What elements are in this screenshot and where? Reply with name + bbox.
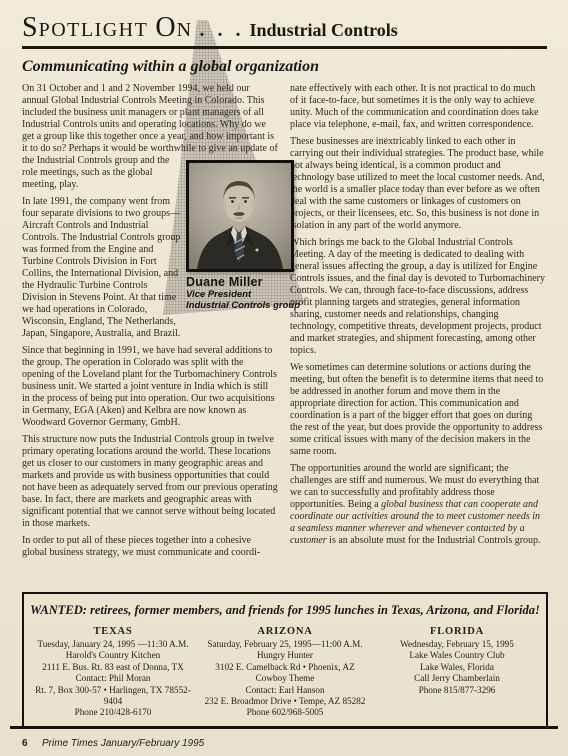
wanted-line: Cowboy Theme — [199, 673, 371, 684]
page-number: 6 — [22, 738, 28, 749]
portrait-caption-group: Industrial Controls group — [186, 300, 300, 311]
wanted-line: 2111 E. Bus. Rt. 83 east of Donna, TX — [27, 662, 199, 673]
wanted-event-arizona: ARIZONA Saturday, February 25, 1995—11:0… — [199, 626, 371, 719]
paragraph-text: is an absolute must for the Industrial C… — [329, 535, 540, 546]
paragraph: Which brings me back to the Global Indus… — [290, 237, 546, 357]
portrait-caption: Duane Miller Vice President Industrial C… — [186, 275, 300, 311]
publication-name: Prime Times January/February 1995 — [42, 738, 204, 749]
masthead-n: N — [177, 19, 193, 41]
newsletter-page: SPOTLIGHTON. . .Industrial Controls Comm… — [0, 0, 568, 756]
page-footer: 6 Prime Times January/February 1995 — [10, 726, 558, 751]
wanted-event-texas: TEXAS Tuesday, January 24, 1995 —11:30 A… — [27, 626, 199, 719]
wanted-line: Phone 210/428-6170 — [27, 707, 199, 718]
wanted-announcement-box: WANTED: retirees, former members, and fr… — [22, 592, 548, 728]
wanted-state-header: ARIZONA — [199, 626, 371, 637]
wanted-line: Contact: Phil Moran — [27, 673, 199, 684]
wanted-line: Harold's Country Kitchen — [27, 650, 199, 661]
paragraph: These businesses are inextricably linked… — [290, 136, 546, 232]
wanted-line: Call Jerry Chamberlain — [371, 673, 543, 684]
masthead-initial-o: O — [155, 12, 176, 43]
wanted-state-header: FLORIDA — [371, 626, 543, 637]
masthead-topic: Industrial Controls — [250, 20, 398, 40]
wanted-line: 3102 E. Camelback Rd • Phoenix, AZ — [199, 662, 371, 673]
masthead-ellipsis: . . . — [200, 19, 245, 41]
paragraph: nate effectively with each other. It is … — [290, 83, 546, 131]
masthead-initial-s: S — [22, 12, 39, 43]
wanted-line: Rt. 7, Box 300-57 • Harlingen, TX 78552-… — [27, 685, 199, 708]
wanted-headline: WANTED: retirees, former members, and fr… — [27, 603, 543, 618]
wanted-line: Lake Wales, Florida — [371, 662, 543, 673]
article-headline: Communicating within a global organizati… — [22, 58, 546, 76]
wanted-line: Phone 602/968-5005 — [199, 707, 371, 718]
article-right-column: nate effectively with each other. It is … — [290, 83, 546, 597]
wanted-line: Tuesday, January 24, 1995 —11:30 A.M. — [27, 639, 199, 650]
paragraph: In order to put all of these pieces toge… — [22, 535, 278, 559]
masthead: SPOTLIGHTON. . .Industrial Controls — [22, 12, 547, 49]
paragraph: The opportunities around the world are s… — [290, 463, 546, 547]
portrait-caption-title: Vice President — [186, 289, 300, 300]
duane-miller-portrait: Duane Miller Vice President Industrial C… — [186, 160, 300, 311]
wanted-event-florida: FLORIDA Wednesday, February 15, 1995 Lak… — [371, 626, 543, 719]
wanted-line: 232 E. Broadmor Drive • Tempe, AZ 85282 — [199, 696, 371, 707]
masthead-potlight: POTLIGHT — [39, 19, 149, 41]
wanted-line: Contact: Earl Hanson — [199, 685, 371, 696]
paragraph: We sometimes can determine solutions or … — [290, 362, 546, 458]
portrait-caption-name: Duane Miller — [186, 275, 300, 289]
wanted-line: Lake Wales Country Club — [371, 650, 543, 661]
wanted-line: Hungry Hunter — [199, 650, 371, 661]
portrait-photo-art — [189, 163, 291, 269]
wanted-line: Wednesday, February 15, 1995 — [371, 639, 543, 650]
paragraph: Since that beginning in 1991, we have ha… — [22, 345, 278, 429]
wanted-columns: TEXAS Tuesday, January 24, 1995 —11:30 A… — [27, 626, 543, 719]
wanted-line: Phone 815/877-3296 — [371, 685, 543, 696]
wanted-state-header: TEXAS — [27, 626, 199, 637]
paragraph: This structure now puts the Industrial C… — [22, 434, 278, 530]
portrait-photo-illustration — [186, 160, 294, 272]
wanted-line: Saturday, February 25, 1995—11:00 A.M. — [199, 639, 371, 650]
